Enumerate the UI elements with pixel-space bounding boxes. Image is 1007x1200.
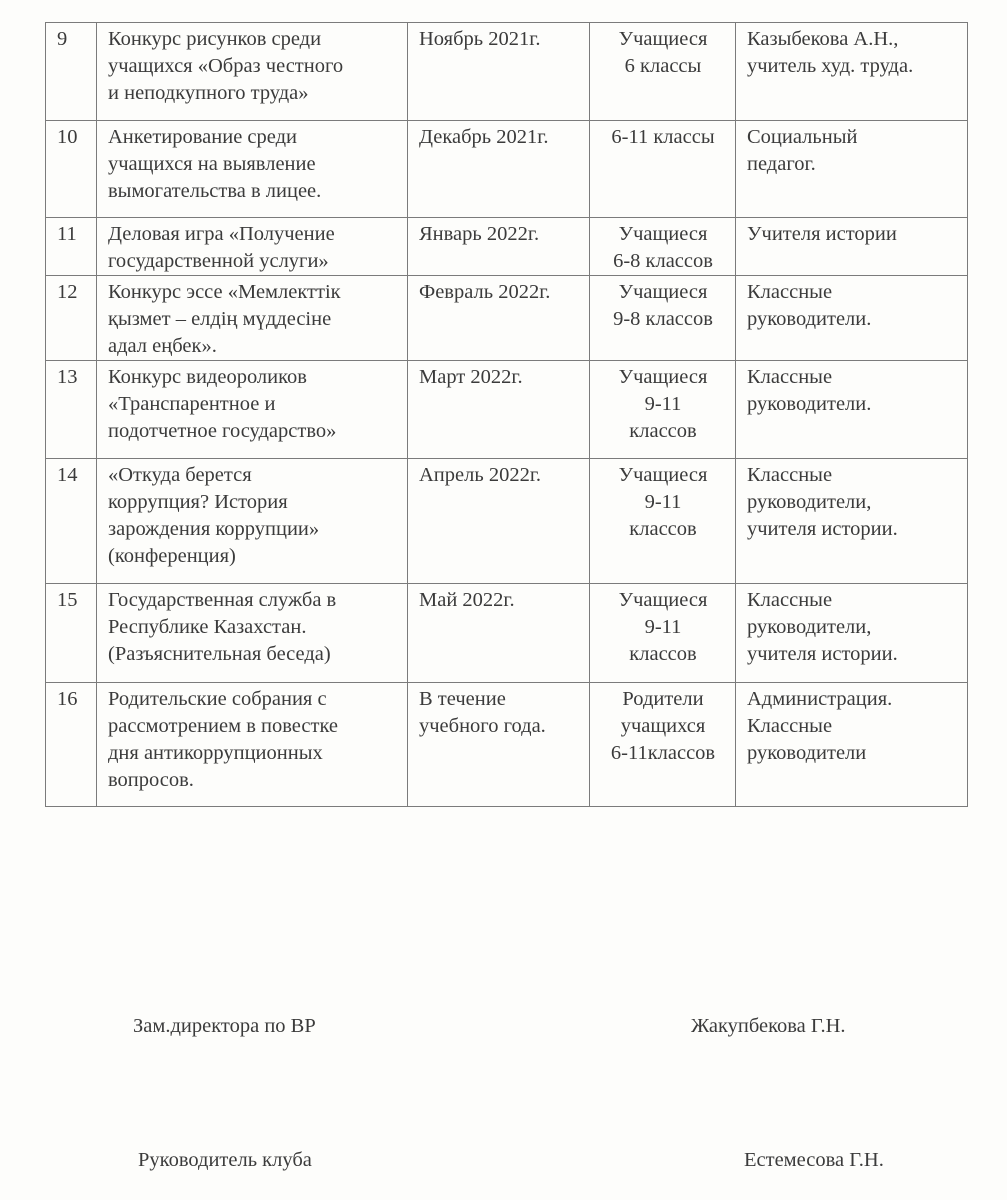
signature-title-deputy: Зам.директора по ВР bbox=[133, 1015, 316, 1038]
cell-date: Ноябрь 2021г. bbox=[408, 23, 590, 121]
cell-event: Конкурс видеороликов«Транспарентное ипод… bbox=[97, 361, 408, 459]
cell-responsible-line: Классные bbox=[747, 713, 957, 740]
cell-event-line: Государственная служба в bbox=[108, 587, 397, 614]
cell-date: Май 2022г. bbox=[408, 584, 590, 683]
cell-event-line: вопросов. bbox=[108, 767, 397, 794]
cell-date: Февраль 2022г. bbox=[408, 276, 590, 361]
cell-date-line: Февраль 2022г. bbox=[419, 279, 579, 306]
table-row: 14«Откуда беретсякоррупция? Историязарож… bbox=[46, 459, 968, 584]
cell-audience-line: классов bbox=[601, 418, 725, 445]
cell-responsible-line: руководители. bbox=[747, 306, 957, 333]
cell-audience: Учащиеся6-8 классов bbox=[590, 218, 736, 276]
cell-audience-line: Учащиеся bbox=[601, 364, 725, 391]
cell-event-line: дня антикоррупционных bbox=[108, 740, 397, 767]
cell-event-line: Конкурс видеороликов bbox=[108, 364, 397, 391]
cell-responsible-line: руководители bbox=[747, 740, 957, 767]
cell-audience-line: Учащиеся bbox=[601, 279, 725, 306]
cell-date-line: учебного года. bbox=[419, 713, 579, 740]
cell-event: «Откуда беретсякоррупция? Историязарожде… bbox=[97, 459, 408, 584]
cell-event-line: Родительские собрания с bbox=[108, 686, 397, 713]
cell-event: Конкурс рисунков средиучащихся «Образ че… bbox=[97, 23, 408, 121]
cell-audience-line: учащихся bbox=[601, 713, 725, 740]
cell-audience: Учащиеся9-11классов bbox=[590, 459, 736, 584]
cell-date-line: В течение bbox=[419, 686, 579, 713]
cell-date: В течениеучебного года. bbox=[408, 683, 590, 807]
cell-event-line: зарождения коррупции» bbox=[108, 516, 397, 543]
cell-responsible: Классныеруководители,учителя истории. bbox=[736, 584, 968, 683]
table-row: 11Деловая игра «Получениегосударственной… bbox=[46, 218, 968, 276]
cell-audience-line: 9-11 bbox=[601, 614, 725, 641]
cell-event: Деловая игра «Получениегосударственной у… bbox=[97, 218, 408, 276]
cell-audience-line: 9-8 классов bbox=[601, 306, 725, 333]
signature-name-deputy: Жакупбекова Г.Н. bbox=[691, 1015, 846, 1038]
cell-event: Родительские собрания срассмотрением в п… bbox=[97, 683, 408, 807]
cell-responsible: Казыбекова А.Н.,учитель худ. труда. bbox=[736, 23, 968, 121]
signature-name-club-head: Естемесова Г.Н. bbox=[744, 1149, 884, 1172]
table-row: 9Конкурс рисунков средиучащихся «Образ ч… bbox=[46, 23, 968, 121]
cell-responsible: Классныеруководители. bbox=[736, 276, 968, 361]
cell-audience-line: 6-11 классы bbox=[601, 124, 725, 151]
cell-number: 12 bbox=[46, 276, 97, 361]
cell-number: 16 bbox=[46, 683, 97, 807]
cell-responsible-line: Социальный bbox=[747, 124, 957, 151]
cell-event-line: и неподкупного труда» bbox=[108, 80, 397, 107]
cell-event-line: Деловая игра «Получение bbox=[108, 221, 397, 248]
cell-date-line: Май 2022г. bbox=[419, 587, 579, 614]
cell-audience-line: 6 классы bbox=[601, 53, 725, 80]
cell-responsible-line: педагог. bbox=[747, 151, 957, 178]
event-plan-body: 9Конкурс рисунков средиучащихся «Образ ч… bbox=[46, 23, 968, 807]
cell-event-line: учащихся на выявление bbox=[108, 151, 397, 178]
cell-date-line: Март 2022г. bbox=[419, 364, 579, 391]
cell-date: Январь 2022г. bbox=[408, 218, 590, 276]
cell-audience-line: 6-11классов bbox=[601, 740, 725, 767]
cell-number: 10 bbox=[46, 121, 97, 218]
table-row: 15Государственная служба вРеспублике Каз… bbox=[46, 584, 968, 683]
cell-number: 14 bbox=[46, 459, 97, 584]
cell-audience-line: классов bbox=[601, 516, 725, 543]
cell-event-line: (Разъяснительная беседа) bbox=[108, 641, 397, 668]
cell-date-line: Январь 2022г. bbox=[419, 221, 579, 248]
cell-event-line: «Транспарентное и bbox=[108, 391, 397, 418]
cell-audience: Учащиеся9-8 классов bbox=[590, 276, 736, 361]
cell-audience: Учащиеся9-11классов bbox=[590, 584, 736, 683]
cell-responsible: Классныеруководители,учителя истории. bbox=[736, 459, 968, 584]
cell-event-line: «Откуда берется bbox=[108, 462, 397, 489]
cell-event-line: коррупция? История bbox=[108, 489, 397, 516]
cell-date: Март 2022г. bbox=[408, 361, 590, 459]
cell-number: 15 bbox=[46, 584, 97, 683]
cell-number: 9 bbox=[46, 23, 97, 121]
cell-audience-line: Учащиеся bbox=[601, 26, 725, 53]
cell-responsible-line: Администрация. bbox=[747, 686, 957, 713]
cell-date: Апрель 2022г. bbox=[408, 459, 590, 584]
cell-number: 11 bbox=[46, 218, 97, 276]
cell-responsible-line: учитель худ. труда. bbox=[747, 53, 957, 80]
table-row: 10Анкетирование средиучащихся на выявлен… bbox=[46, 121, 968, 218]
cell-audience-line: 9-11 bbox=[601, 391, 725, 418]
cell-responsible: Учителя истории bbox=[736, 218, 968, 276]
cell-date: Декабрь 2021г. bbox=[408, 121, 590, 218]
cell-responsible: Администрация.Классныеруководители bbox=[736, 683, 968, 807]
cell-event: Анкетирование средиучащихся на выявление… bbox=[97, 121, 408, 218]
cell-date-line: Апрель 2022г. bbox=[419, 462, 579, 489]
cell-event-line: адал еңбек». bbox=[108, 333, 397, 360]
cell-audience-line: Учащиеся bbox=[601, 587, 725, 614]
cell-event-line: вымогательства в лицее. bbox=[108, 178, 397, 205]
cell-responsible: Классныеруководители. bbox=[736, 361, 968, 459]
cell-event-line: (конференция) bbox=[108, 543, 397, 570]
signature-title-club-head: Руководитель клуба bbox=[138, 1149, 312, 1172]
cell-event-line: учащихся «Образ честного bbox=[108, 53, 397, 80]
cell-audience: Учащиеся9-11классов bbox=[590, 361, 736, 459]
cell-audience-line: классов bbox=[601, 641, 725, 668]
cell-audience: Учащиеся6 классы bbox=[590, 23, 736, 121]
cell-audience-line: Учащиеся bbox=[601, 221, 725, 248]
cell-event-line: рассмотрением в повестке bbox=[108, 713, 397, 740]
cell-event: Конкурс эссе «Мемлекттікқызмет – елдің м… bbox=[97, 276, 408, 361]
cell-event-line: Республике Казахстан. bbox=[108, 614, 397, 641]
cell-audience: Родителиучащихся6-11классов bbox=[590, 683, 736, 807]
cell-date-line: Декабрь 2021г. bbox=[419, 124, 579, 151]
cell-responsible-line: Учителя истории bbox=[747, 221, 957, 248]
cell-responsible-line: Классные bbox=[747, 462, 957, 489]
cell-audience-line: Учащиеся bbox=[601, 462, 725, 489]
cell-responsible-line: Классные bbox=[747, 587, 957, 614]
cell-event-line: Конкурс эссе «Мемлекттік bbox=[108, 279, 397, 306]
cell-event-line: государственной услуги» bbox=[108, 248, 397, 275]
document-page: 9Конкурс рисунков средиучащихся «Образ ч… bbox=[0, 0, 1007, 1200]
cell-responsible-line: Казыбекова А.Н., bbox=[747, 26, 957, 53]
cell-responsible: Социальныйпедагог. bbox=[736, 121, 968, 218]
table-row: 12Конкурс эссе «Мемлекттікқызмет – елдің… bbox=[46, 276, 968, 361]
cell-responsible-line: руководители, bbox=[747, 489, 957, 516]
cell-audience-line: 6-8 классов bbox=[601, 248, 725, 275]
cell-event-line: қызмет – елдің мүддесіне bbox=[108, 306, 397, 333]
cell-event-line: Конкурс рисунков среди bbox=[108, 26, 397, 53]
cell-date-line: Ноябрь 2021г. bbox=[419, 26, 579, 53]
cell-responsible-line: Классные bbox=[747, 364, 957, 391]
cell-audience: 6-11 классы bbox=[590, 121, 736, 218]
event-plan-table: 9Конкурс рисунков средиучащихся «Образ ч… bbox=[45, 22, 968, 807]
cell-audience-line: 9-11 bbox=[601, 489, 725, 516]
cell-audience-line: Родители bbox=[601, 686, 725, 713]
cell-responsible-line: руководители. bbox=[747, 391, 957, 418]
cell-event: Государственная служба вРеспублике Казах… bbox=[97, 584, 408, 683]
cell-event-line: подотчетное государство» bbox=[108, 418, 397, 445]
cell-responsible-line: учителя истории. bbox=[747, 516, 957, 543]
cell-responsible-line: учителя истории. bbox=[747, 641, 957, 668]
cell-event-line: Анкетирование среди bbox=[108, 124, 397, 151]
cell-number: 13 bbox=[46, 361, 97, 459]
cell-responsible-line: Классные bbox=[747, 279, 957, 306]
table-row: 13Конкурс видеороликов«Транспарентное ип… bbox=[46, 361, 968, 459]
cell-responsible-line: руководители, bbox=[747, 614, 957, 641]
table-row: 16Родительские собрания срассмотрением в… bbox=[46, 683, 968, 807]
